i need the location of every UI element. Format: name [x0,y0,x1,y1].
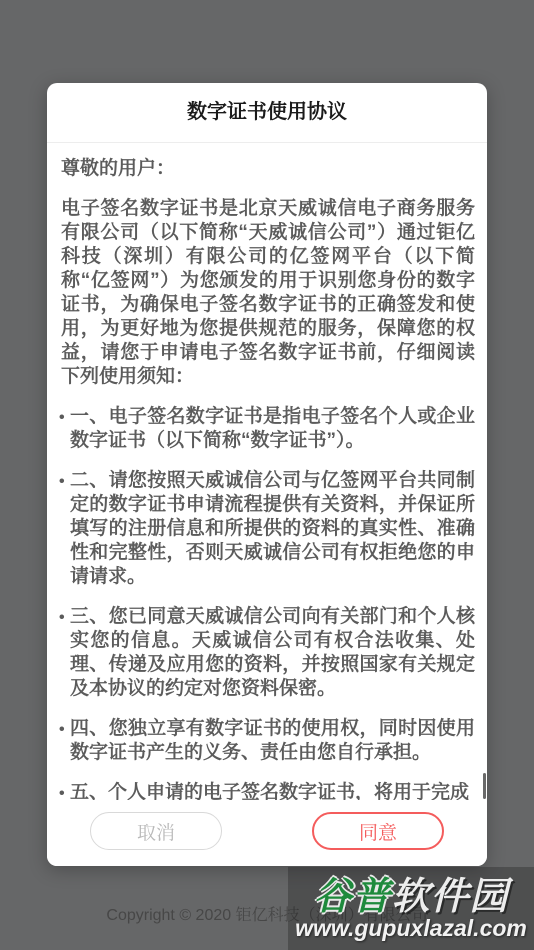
watermark-url-text: www.gupuxlazal.com [295,917,527,940]
intro-paragraph: 电子签名数字证书是北京天威诚信电子商务服务有限公司（以下简称“天威诚信公司”）通… [61,197,475,389]
term-item-1: 一、电子签名数字证书是指电子签名个人或企业数字证书（以下简称“数字证书”）。 [61,405,475,453]
terms-list: 一、电子签名数字证书是指电子签名个人或企业数字证书（以下简称“数字证书”）。 二… [61,405,475,800]
cancel-button[interactable]: 取消 [90,812,222,850]
agreement-dialog: 数字证书使用协议 尊敬的用户： 电子签名数字证书是北京天威诚信电子商务服务有限公… [47,83,487,866]
site-watermark: 谷普 软件园 www.gupuxlazal.com [288,867,534,950]
watermark-logo: 谷普 软件园 [313,878,508,916]
watermark-logo-white-text: 软件园 [392,878,509,916]
scrollbar-thumb[interactable] [483,773,486,799]
watermark-logo-green-text: 谷普 [313,878,391,916]
agreement-scroll-area[interactable]: 尊敬的用户： 电子签名数字证书是北京天威诚信电子商务服务有限公司（以下简称“天威… [47,143,487,800]
term-item-3: 三、您已同意天威诚信公司向有关部门和个人核实您的信息。天威诚信公司有权合法收集、… [61,605,475,701]
term-item-4: 四、您独立享有数字证书的使用权，同时因使用数字证书产生的义务、责任由您自行承担。 [61,717,475,765]
dialog-title: 数字证书使用协议 [47,83,487,143]
dialog-footer: 取消 同意 [47,800,487,866]
term-item-2: 二、请您按照天威诚信公司与亿签网平台共同制定的数字证书申请流程提供有关资料，并保… [61,469,475,589]
term-item-5: 五、个人申请的电子签名数字证书，将用于完成 [61,781,475,800]
agree-button[interactable]: 同意 [312,812,444,850]
app-screen: 数字证书使用协议 尊敬的用户： 电子签名数字证书是北京天威诚信电子商务服务有限公… [0,0,534,950]
greeting-text: 尊敬的用户： [61,157,475,181]
